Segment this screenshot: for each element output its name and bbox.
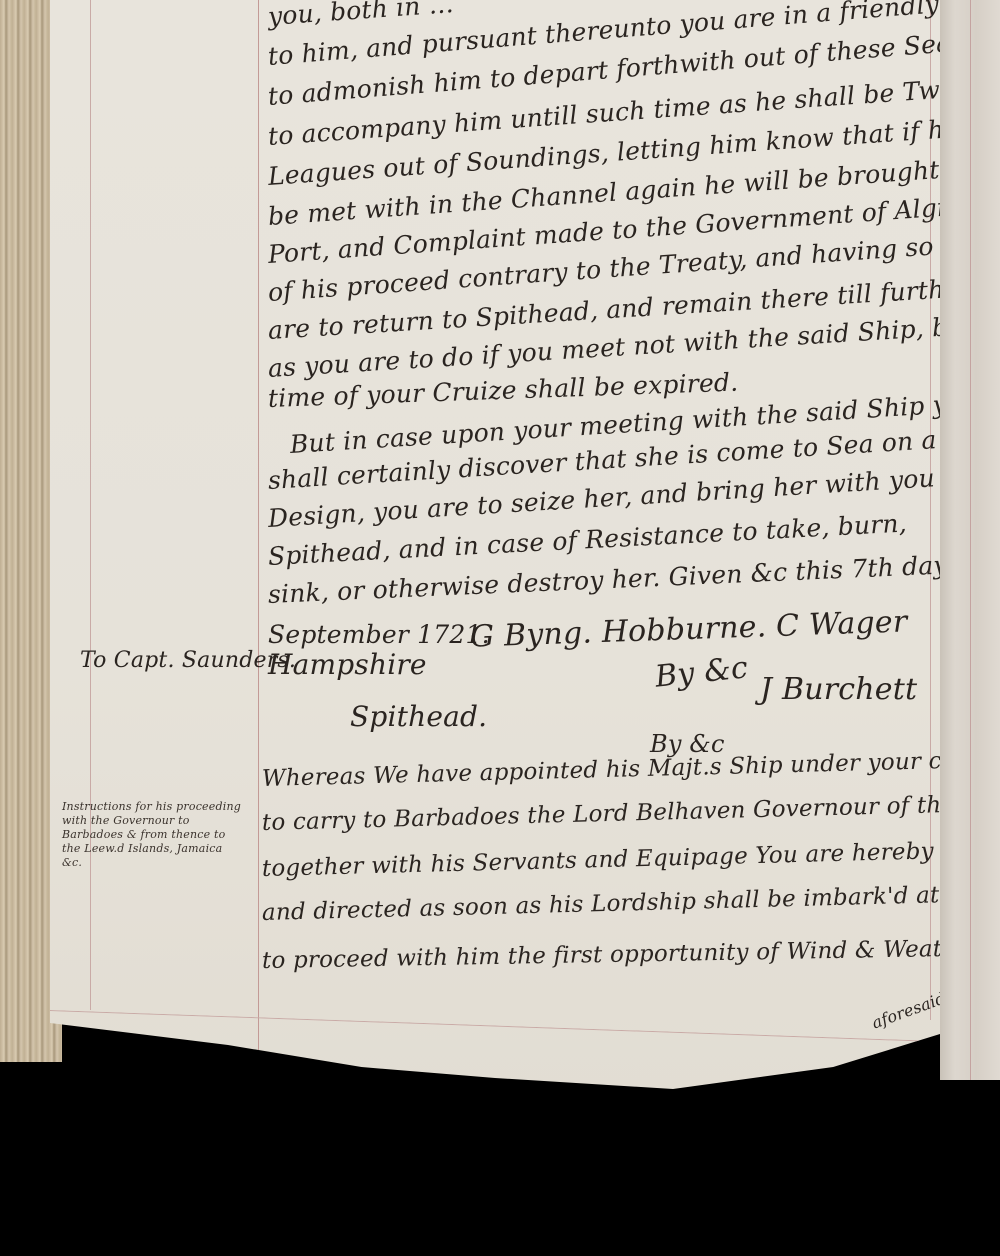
ship-location: Spithead. [350, 700, 487, 733]
margin-rule [258, 0, 259, 1090]
text-line: September 1721. [268, 620, 490, 649]
marginal-note: Instructions for his proceeding with the… [62, 800, 242, 870]
by-command: By &c [653, 650, 749, 695]
right-border-rule [930, 0, 931, 1020]
bottom-border-rule [49, 1010, 930, 1082]
addressee-margin: To Capt. Saunders. [80, 648, 296, 673]
right-facing-leaf [940, 0, 1000, 1080]
text-line: together with his Servants and Equipage … [262, 836, 1000, 882]
text-line: and directed as soon as his Lordship sha… [262, 879, 1000, 926]
secretary-signature: J Burchett [760, 672, 917, 707]
text-line: you, both in … [267, 0, 455, 31]
right-leaf-rule [970, 0, 971, 1080]
text-line: Whereas We have appointed his Majt.s Shi… [262, 746, 1000, 792]
signatories: G Byng. Hobburne. C Wager [470, 604, 908, 654]
text-line: to proceed with him the first opportunit… [262, 934, 1000, 974]
ship-name: Hampshire [268, 648, 427, 681]
manuscript-page: you, both in … to him, and pursuant ther… [50, 0, 940, 1100]
text-line: to carry to Barbadoes the Lord Belhaven … [262, 789, 1000, 836]
